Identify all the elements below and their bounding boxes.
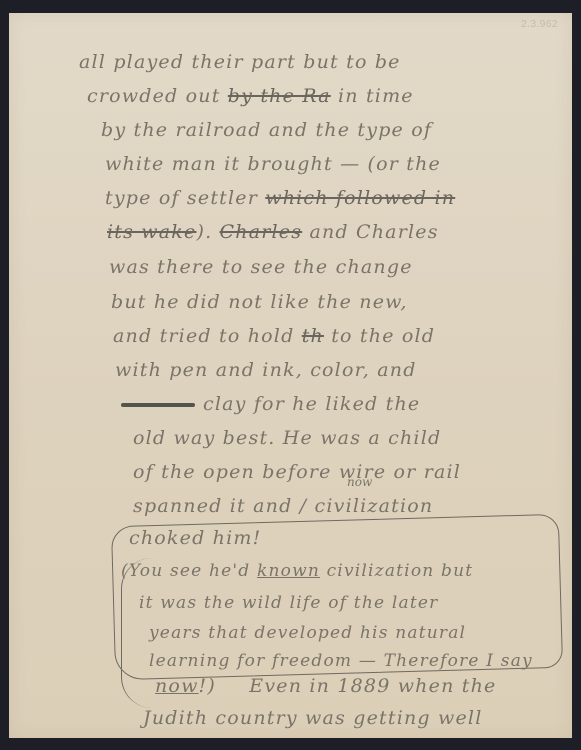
text-line-8: but he did not like the new, xyxy=(111,291,408,313)
underlined-word: now xyxy=(155,675,199,697)
struck-text: th xyxy=(302,325,324,347)
text-line-2: crowded out by the Ra in time xyxy=(87,85,414,107)
boxed-note-line-1: (You see he'd known civilization but xyxy=(121,561,473,581)
text-line-10: with pen and ink, color, and xyxy=(115,359,417,381)
text-segment: (You see he'd xyxy=(121,561,257,581)
text-segment: in time xyxy=(331,85,414,107)
scribbled-out-word xyxy=(121,403,195,407)
struck-text: by the Ra xyxy=(228,85,331,107)
boxed-note-line-2: it was the wild life of the later xyxy=(139,593,438,613)
text-line-9: and tried to hold th to the old xyxy=(113,325,435,347)
text-segment: ). xyxy=(196,221,219,243)
inserted-word: now xyxy=(347,475,372,489)
text-segment: clay for he liked the xyxy=(203,393,420,415)
text-line-14: spanned it and / civilization xyxy=(133,495,433,517)
boxed-note-line-4: learning for freedom — Therefore I say xyxy=(149,651,533,671)
catalog-number: 2.3.962 xyxy=(521,19,558,30)
text-line-7: was there to see the change xyxy=(109,256,413,278)
boxed-note-line-3: years that developed his natural xyxy=(149,623,466,643)
text-segment: and tried to hold xyxy=(113,325,302,347)
text-line-12: old way best. He was a child xyxy=(133,427,441,449)
text-segment: and Charles xyxy=(302,221,438,243)
text-line-6: its wake). Charles and Charles xyxy=(107,221,439,243)
text-line-1: all played their part but to be xyxy=(79,51,401,73)
text-segment: type of settler xyxy=(105,187,265,209)
text-line-13: of the open before wire or rail xyxy=(133,461,461,483)
text-line-3: by the railroad and the type of xyxy=(101,119,432,141)
text-line-4: white man it brought — (or the xyxy=(105,153,441,175)
text-segment: Even in 1889 when the xyxy=(249,675,496,697)
text-segment: civilization but xyxy=(320,561,473,581)
manuscript-page: 2.3.962 all played their part but to be … xyxy=(9,13,572,738)
text-line-11: clay for he liked the xyxy=(121,393,420,415)
struck-text: Charles xyxy=(220,221,303,243)
text-line-5: type of settler which followed in xyxy=(105,187,455,209)
struck-text: its wake xyxy=(107,221,196,243)
text-segment: !) xyxy=(199,675,216,697)
underlined-word: known xyxy=(257,561,320,581)
text-segment: to the old xyxy=(324,325,435,347)
text-segment: crowded out xyxy=(87,85,228,107)
last-line: Judith country was getting well xyxy=(143,707,482,729)
struck-text: which followed in xyxy=(265,187,455,209)
closing-line: now!) Even in 1889 when the xyxy=(155,675,496,697)
